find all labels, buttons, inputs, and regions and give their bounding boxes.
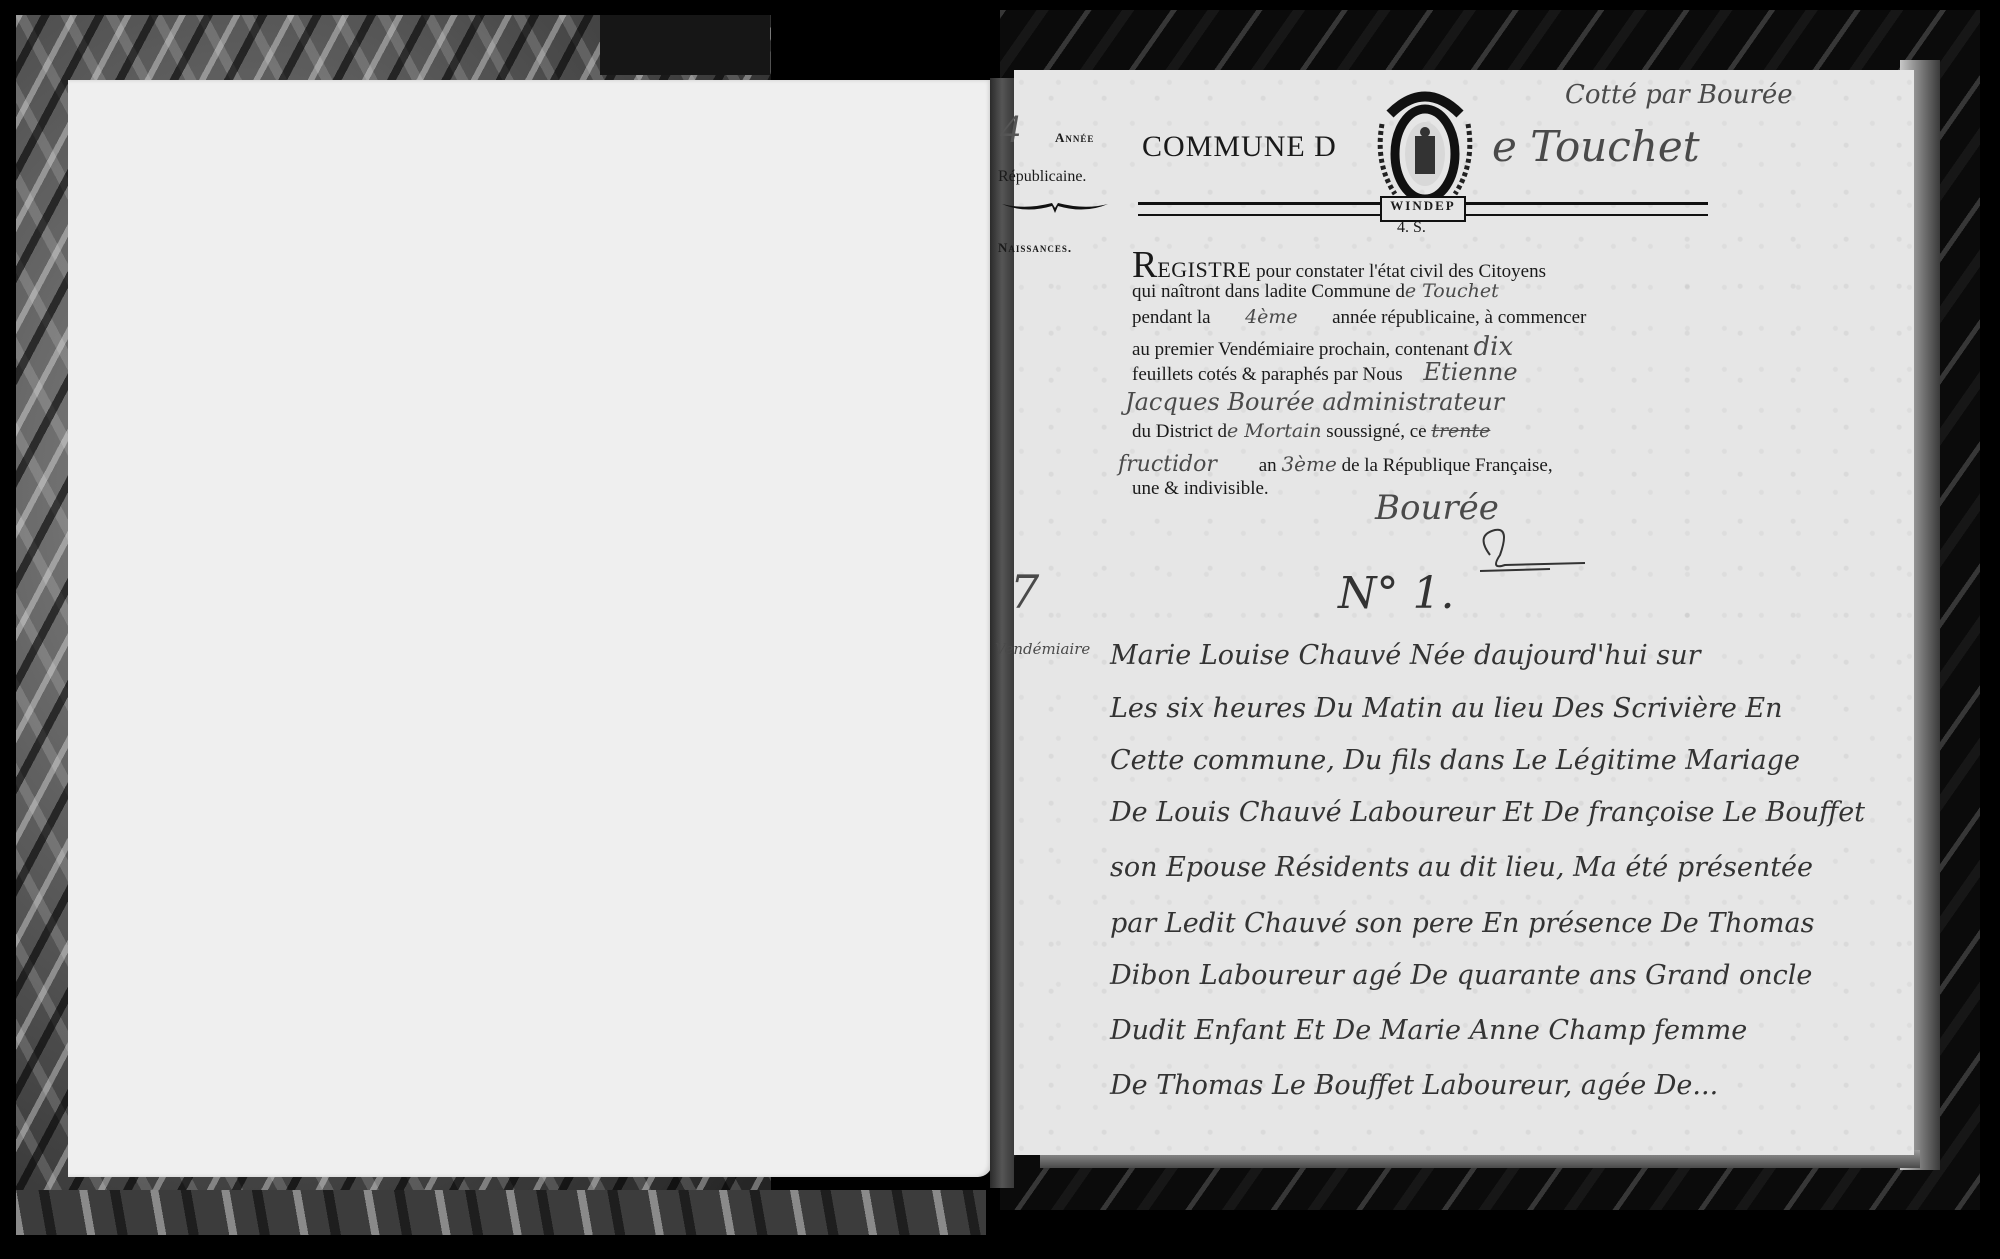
left-blank-page (68, 80, 992, 1177)
stamp-series: 4. S. (1397, 219, 1426, 237)
handwritten-fill: e Touchet (1405, 280, 1499, 302)
act-number: N° 1. (1338, 568, 1454, 619)
printed-text: qui naîtront dans ladite Commune d (1132, 281, 1405, 302)
commune-label: COMMUNE D (1142, 130, 1337, 164)
register-line-7: du District de Mortain soussigné, ce tre… (1132, 420, 1490, 443)
register-line-6: Jacques Bourée administrateur (1125, 388, 1504, 416)
act-line: De Louis Chauvé Laboureur Et De françois… (1110, 797, 1865, 828)
margin-entry-month: Vendémiaire (995, 640, 1090, 658)
printed-text: année républicaine, à commencer (1332, 307, 1586, 328)
handwritten-fill: fructidor (1118, 452, 1254, 477)
handwritten-fill: 4ème (1215, 306, 1327, 328)
paraph-flourish-icon (1470, 525, 1590, 575)
act-line: Cette commune, Du fils dans Le Légitime … (1110, 745, 1800, 776)
act-line: Les six heures Du Matin au lieu Des Scri… (1110, 693, 1783, 724)
act-line: par Ledit Chauvé son pere En présence De… (1110, 908, 1814, 939)
printed-text: de la République Française, (1342, 455, 1553, 476)
margin-section-label: Naissances. (998, 240, 1072, 256)
register-line-5: feuillets cotés & paraphés par Nous Etie… (1132, 358, 1518, 386)
printed-text: feuillets cotés & paraphés par Nous (1132, 364, 1403, 385)
register-word: EGISTRE (1157, 257, 1251, 282)
act-line: De Thomas Le Bouffet Laboureur, agée De.… (1110, 1070, 1718, 1101)
handwritten-fill: trente (1431, 420, 1490, 442)
marbled-cover-bottom (16, 1190, 986, 1235)
cote-annotation: Cotté par Bourée (1565, 80, 1793, 110)
margin-republicaine-label: Républicaine. (998, 168, 1086, 186)
handwritten-fill: 3ème (1281, 452, 1336, 476)
register-text: pour constater l'état civil des Citoyens (1251, 261, 1546, 282)
register-line-9: une & indivisible. (1132, 478, 1269, 500)
cover-shadow (600, 15, 770, 75)
register-line-1: REGISTRE pour constater l'état civil des… (1132, 250, 1546, 283)
printed-text: du District d (1132, 421, 1227, 442)
margin-entry-day: 7 (1010, 565, 1039, 619)
printed-text: pendant la (1132, 307, 1211, 328)
margin-annee-label: Année (1055, 130, 1094, 146)
act-line: Dudit Enfant Et De Marie Anne Champ femm… (1110, 1015, 1747, 1046)
printed-text: au premier Vendémiaire prochain, contena… (1132, 339, 1469, 360)
administrator-signature: Bourée (1375, 488, 1499, 528)
printed-text: an (1259, 455, 1277, 476)
act-line: Marie Louise Chauvé Née daujourd'hui sur (1110, 640, 1701, 671)
printed-text: soussigné, ce (1326, 421, 1426, 442)
margin-year-number: 4 (1000, 105, 1020, 152)
register-page (1014, 70, 1914, 1155)
register-line-2: qui naîtront dans ladite Commune de Touc… (1132, 280, 1499, 303)
act-line: Dibon Laboureur agé De quarante ans Gran… (1110, 960, 1812, 991)
handwritten-fill: Etienne (1423, 358, 1517, 386)
act-line: son Epouse Résidents au dit lieu, Ma été… (1110, 852, 1813, 883)
commune-name: e Touchet (1492, 122, 1700, 171)
flourish-ornament-icon (1000, 200, 1110, 214)
register-line-8: fructidor an 3ème de la République Franç… (1118, 452, 1553, 477)
register-line-3: pendant la 4ème année républicaine, à co… (1132, 306, 1586, 329)
handwritten-fill: e Mortain (1227, 420, 1322, 442)
